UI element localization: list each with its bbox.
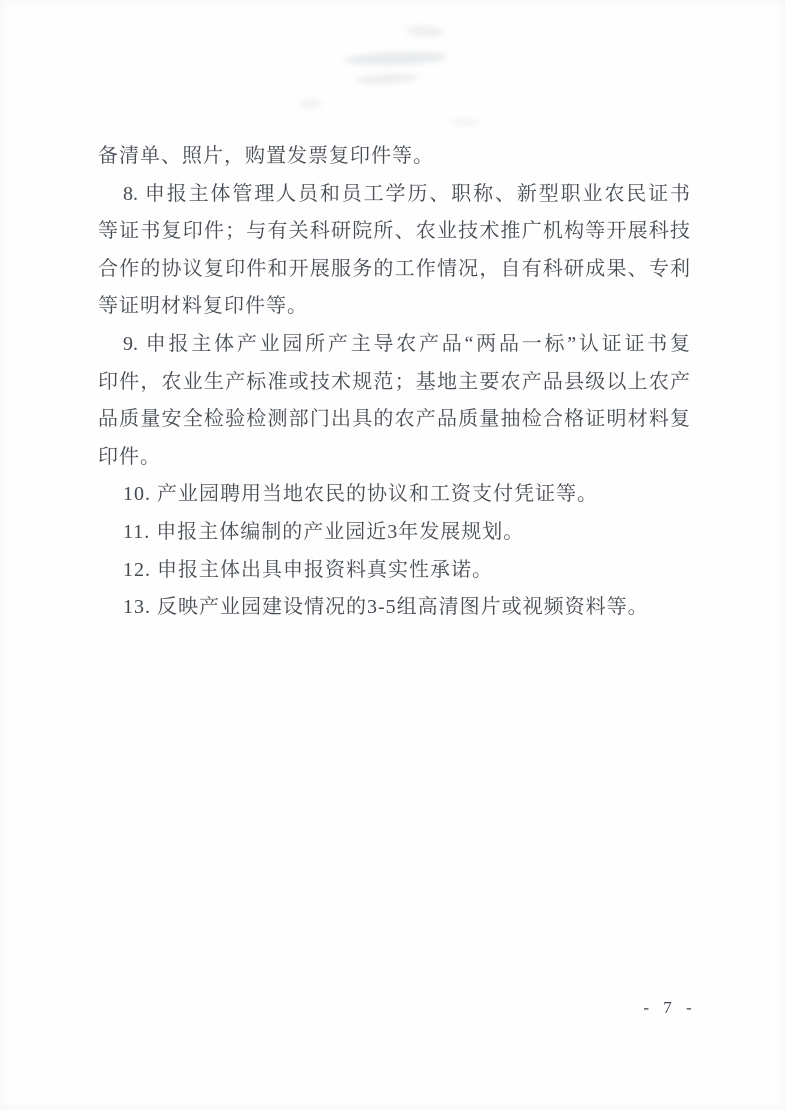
paragraph-line-item-12: 12. 申报主体出具申报资料真实性承诺。 [98,552,690,590]
paragraph-line: 印件。 [98,439,690,477]
paragraph-line-item-8: 8. 申报主体管理人员和员工学历、职称、新型职业农民证书 [98,176,690,214]
paragraph-line: 备清单、照片，购置发票复印件等。 [98,138,690,176]
paragraph-line-item-9: 9. 申报主体产业园所产主导农产品“两品一标”认证证书复 [98,326,690,364]
paragraph-line-item-10: 10. 产业园聘用当地农民的协议和工资支付凭证等。 [98,476,690,514]
scanned-document-page: { "document": { "body_lines": [ "备清单、照片，… [0,0,785,1110]
paragraph-line-item-13: 13. 反映产业园建设情况的3-5组高清图片或视频资料等。 [98,589,690,627]
paragraph-line: 合作的协议复印件和开展服务的工作情况，自有科研成果、专利 [98,251,690,289]
paragraph-line: 等证书复印件；与有关科研院所、农业技术推广机构等开展科技 [98,213,690,251]
paragraph-line: 等证明材料复印件等。 [98,288,690,326]
page-number: - 7 - [625,998,715,1018]
paragraph-line-item-11: 11. 申报主体编制的产业园近3年发展规划。 [98,514,690,552]
paragraph-line: 印件，农业生产标准或技术规范；基地主要农产品县级以上农产 [98,364,690,402]
document-body: 备清单、照片，购置发票复印件等。 8. 申报主体管理人员和员工学历、职称、新型职… [98,138,690,627]
paragraph-line: 品质量安全检验检测部门出具的农产品质量抽检合格证明材料复 [98,401,690,439]
